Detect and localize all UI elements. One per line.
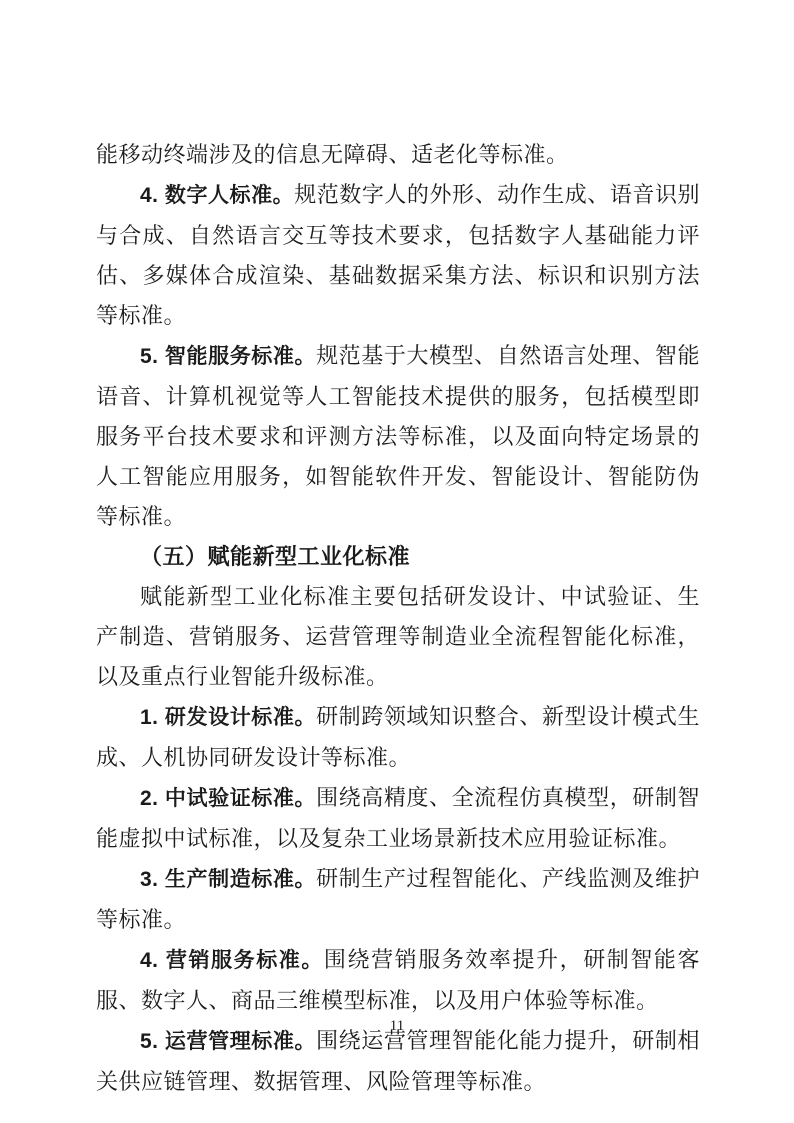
paragraph-lead: 1. 研发设计标准。 (140, 706, 316, 729)
paragraph-lead: 5. 智能服务标准。 (140, 345, 316, 368)
paragraph: 5. 智能服务标准。规范基于大模型、自然语言处理、智能语音、计算机视觉等人工智能… (96, 336, 700, 537)
paragraph-text: 赋能新型工业化标准主要包括研发设计、中试验证、生产制造、营销服务、运营管理等制造… (96, 584, 700, 689)
paragraph-text: 规范基于大模型、自然语言处理、智能语音、计算机视觉等人工智能技术提供的服务，包括… (96, 343, 700, 529)
paragraph-lead: 3. 生产制造标准。 (140, 868, 316, 891)
paragraph-lead: 4. 数字人标准。 (140, 184, 294, 207)
paragraph-text: 能移动终端涉及的信息无障碍、适老化等标准。 (96, 142, 569, 167)
paragraph: 3. 生产制造标准。研制生产过程智能化、产线监测及维护等标准。 (96, 859, 700, 940)
paragraph-lead: 4. 营销服务标准。 (140, 949, 324, 972)
paragraph: 赋能新型工业化标准主要包括研发设计、中试验证、生产制造、营销服务、运营管理等制造… (96, 577, 700, 697)
section-heading: （五）赋能新型工业化标准 (96, 537, 700, 577)
paragraph-text: （五）赋能新型工业化标准 (140, 544, 410, 569)
paragraph: 2. 中试验证标准。围绕高精度、全流程仿真模型，研制智能虚拟中试标准，以及复杂工… (96, 778, 700, 859)
paragraph: 4. 营销服务标准。围绕营销服务效率提升，研制智能客服、数字人、商品三维模型标准… (96, 940, 700, 1021)
paragraph: 4. 数字人标准。规范数字人的外形、动作生成、语音识别与合成、自然语言交互等技术… (96, 175, 700, 336)
paragraph: 1. 研发设计标准。研制跨领域知识整合、新型设计模式生成、人机协同研发设计等标准… (96, 697, 700, 778)
paragraph: 能移动终端涉及的信息无障碍、适老化等标准。 (96, 135, 700, 175)
paragraph-lead: 2. 中试验证标准。 (140, 787, 316, 810)
page-number: 11 (0, 1016, 794, 1036)
document-page: 能移动终端涉及的信息无障碍、适老化等标准。4. 数字人标准。规范数字人的外形、动… (0, 0, 794, 1123)
document-body: 能移动终端涉及的信息无障碍、适老化等标准。4. 数字人标准。规范数字人的外形、动… (96, 135, 700, 1102)
